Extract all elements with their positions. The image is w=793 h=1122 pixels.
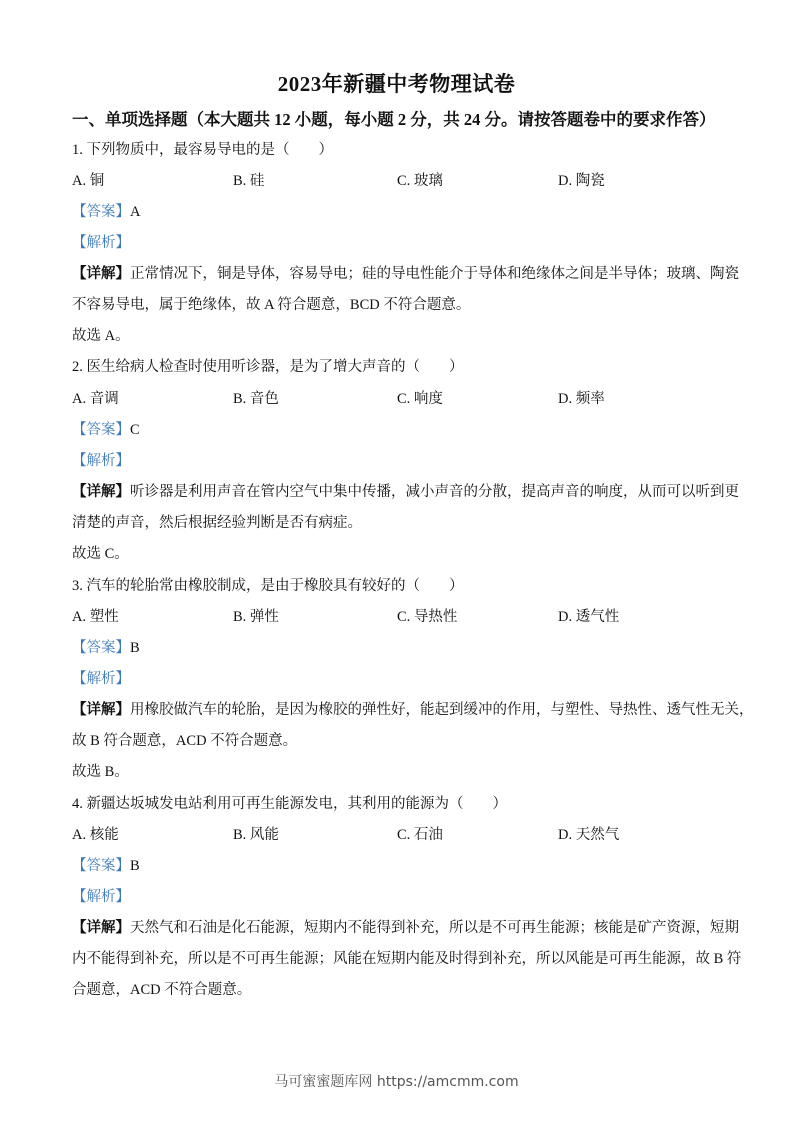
question-3-detail-line-2: 故 B 符合题意，ACD 不符合题意。 [72,731,297,751]
detail-tag: 【详解】 [72,266,130,282]
answer-tag: 【答案】 [72,858,130,874]
detail-tag: 【详解】 [72,484,130,500]
option-c: C. 导热性 [397,607,457,627]
analysis-tag: 【解析】 [72,453,130,469]
question-4-detail-line-1: 【详解】天然气和石油是化石能源，短期内不能得到补充，所以是不可再生能源；核能是矿… [72,918,739,938]
question-2-conclusion: 故选 C。 [72,544,129,564]
question-4-stem: 4. 新疆达坂城发电站利用可再生能源发电，其利用的能源为（ ） [72,794,507,814]
answer-value: B [130,640,140,656]
answer-value: A [130,204,140,220]
question-1-detail-line-1: 【详解】正常情况下，铜是导体，容易导电；硅的导电性能介于导体和绝缘体之间是半导体… [72,264,739,284]
answer-tag: 【答案】 [72,422,130,438]
question-2-stem: 2. 医生给病人检查时使用听诊器，是为了增大声音的（ ） [72,357,464,377]
option-a: A. 铜 [72,171,104,191]
option-d: D. 陶瓷 [558,171,605,191]
option-d: D. 天然气 [558,825,619,845]
answer-tag: 【答案】 [72,204,130,220]
option-c: C. 玻璃 [397,171,443,191]
question-4-answer: 【答案】B [72,856,140,876]
question-3-stem: 3. 汽车的轮胎常由橡胶制成，是由于橡胶具有较好的（ ） [72,576,464,596]
question-3-answer: 【答案】B [72,638,140,658]
option-b: B. 弹性 [233,607,279,627]
footer-watermark: 马可蜜蜜题库网 https://amcmm.com [0,1071,793,1091]
option-a: A. 核能 [72,825,119,845]
question-3-conclusion: 故选 B。 [72,762,129,782]
question-2-analysis: 【解析】 [72,451,130,471]
option-d: D. 频率 [558,389,605,409]
question-2-detail-line-1: 【详解】听诊器是利用声音在管内空气中集中传播，减小声音的分散，提高声音的响度，从… [72,482,739,502]
page-title: 2023年新疆中考物理试卷 [0,68,793,98]
detail-text: 正常情况下，铜是导体，容易导电；硅的导电性能介于导体和绝缘体之间是半导体；玻璃、… [130,266,739,282]
question-2-answer: 【答案】C [72,420,140,440]
option-b: B. 硅 [233,171,264,191]
detail-text: 天然气和石油是化石能源，短期内不能得到补充，所以是不可再生能源；核能是矿产资源，… [130,920,739,936]
option-a: A. 音调 [72,389,119,409]
option-c: C. 石油 [397,825,443,845]
detail-text: 听诊器是利用声音在管内空气中集中传播，减小声音的分散，提高声音的响度，从而可以听… [130,484,739,500]
question-4-detail-line-2: 内不能得到补充，所以是不可再生能源；风能在短期内能及时得到补充，所以风能是可再生… [72,949,741,969]
option-a: A. 塑性 [72,607,119,627]
question-1-conclusion: 故选 A。 [72,326,130,346]
question-1-detail-line-2: 不容易导电，属于绝缘体，故 A 符合题意，BCD 不符合题意。 [72,295,470,315]
answer-tag: 【答案】 [72,640,130,656]
question-1-analysis: 【解析】 [72,233,130,253]
detail-text: 用橡胶做汽车的轮胎，是因为橡胶的弹性好，能起到缓冲的作用，与塑性、导热性、透气性… [130,702,754,718]
question-3-analysis: 【解析】 [72,669,130,689]
option-d: D. 透气性 [558,607,619,627]
answer-value: B [130,858,140,874]
option-b: B. 音色 [233,389,279,409]
detail-tag: 【详解】 [72,920,130,936]
analysis-tag: 【解析】 [72,235,130,251]
question-4-detail-line-3: 合题意，ACD 不符合题意。 [72,980,251,1000]
analysis-tag: 【解析】 [72,889,130,905]
detail-tag: 【详解】 [72,702,130,718]
section-heading: 一、单项选择题（本大题共 12 小题，每小题 2 分，共 24 分。请按答题卷中… [72,106,716,130]
answer-value: C [130,422,140,438]
question-1-answer: 【答案】A [72,202,140,222]
question-2-detail-line-2: 清楚的声音，然后根据经验判断是否有病症。 [72,513,362,533]
option-b: B. 风能 [233,825,279,845]
question-3-detail-line-1: 【详解】用橡胶做汽车的轮胎，是因为橡胶的弹性好，能起到缓冲的作用，与塑性、导热性… [72,700,754,720]
question-1-stem: 1. 下列物质中，最容易导电的是（ ） [72,140,333,160]
document-page: 2023年新疆中考物理试卷 一、单项选择题（本大题共 12 小题，每小题 2 分… [0,0,793,1122]
option-c: C. 响度 [397,389,443,409]
question-4-analysis: 【解析】 [72,887,130,907]
analysis-tag: 【解析】 [72,671,130,687]
